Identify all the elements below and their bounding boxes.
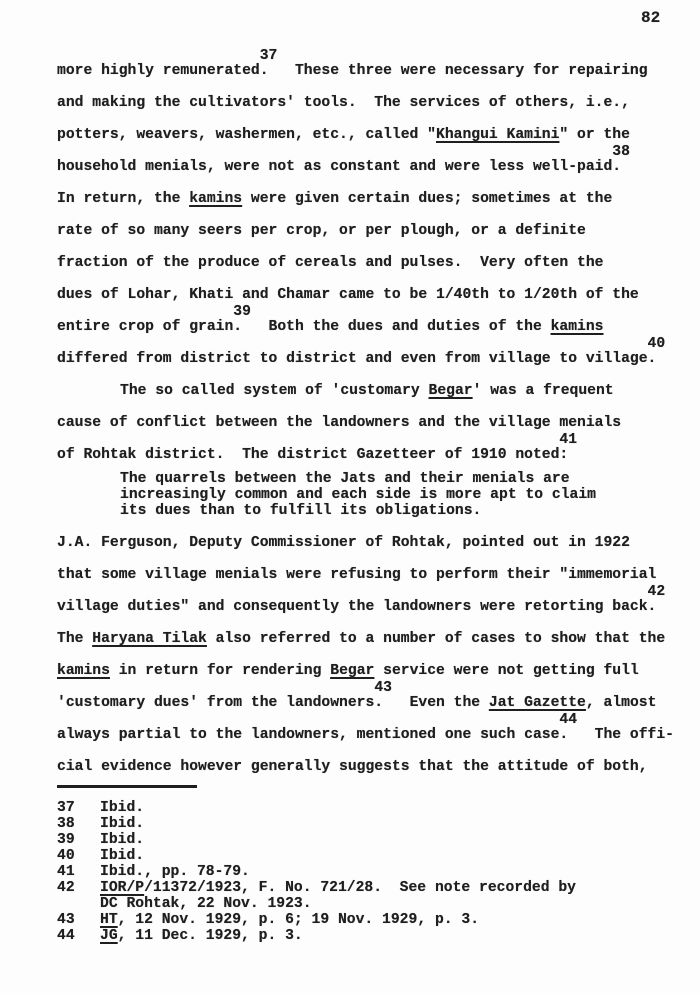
text-line: rate of so many seers per crop, or per p… bbox=[57, 215, 682, 247]
text-line: Ibid. bbox=[100, 848, 682, 864]
text-run: village duties" and consequently the lan… bbox=[57, 599, 656, 615]
text-line: of Rohtak district. The district Gazette… bbox=[57, 439, 682, 471]
footnote-text: Ibid. bbox=[100, 848, 682, 864]
text-line: entire crop of grain.39 Both the dues an… bbox=[57, 311, 682, 343]
text-line: DC Rohtak, 22 Nov. 1923. bbox=[100, 896, 682, 912]
footnote-text: Ibid. bbox=[100, 832, 682, 848]
text-run: Both the dues and duties of the bbox=[251, 319, 551, 335]
paragraph: J.A. Ferguson, Deputy Commissioner of Ro… bbox=[57, 527, 682, 783]
text-line: and making the cultivators' tools. The s… bbox=[57, 87, 682, 119]
text-line: fraction of the produce of cereals and p… bbox=[57, 247, 682, 279]
text-run: its dues than to fulfill its obligations… bbox=[120, 503, 481, 519]
text-run: differed from district to district and e… bbox=[57, 351, 656, 367]
text-run: Ibid. bbox=[100, 848, 144, 864]
footnote-rule bbox=[57, 785, 197, 788]
paragraph: more highly remunerated.37 These three w… bbox=[57, 55, 682, 375]
footnote: 43HT, 12 Nov. 1929, p. 6; 19 Nov. 1929, … bbox=[57, 912, 682, 928]
text-line: kamins in return for rendering Begar ser… bbox=[57, 655, 682, 687]
footnote-text: JG, 11 Dec. 1929, p. 3. bbox=[100, 928, 682, 944]
footnote: 39Ibid. bbox=[57, 832, 682, 848]
underlined-text: Haryana Tilak bbox=[92, 631, 207, 647]
text-run: ' was a frequent bbox=[473, 383, 614, 399]
text-line: Ibid. bbox=[100, 816, 682, 832]
text-line: dues of Lohar, Khati and Chamar came to … bbox=[57, 279, 682, 311]
text-line: differed from district to district and e… bbox=[57, 343, 682, 375]
text-run: cause of conflict between the landowners… bbox=[57, 415, 621, 431]
underlined-text: Khangui Kamini bbox=[436, 127, 559, 143]
text-run: potters, weavers, washermen, etc., calle… bbox=[57, 127, 436, 143]
text-run: In return, the bbox=[57, 191, 189, 207]
text-run: Ibid. bbox=[100, 832, 144, 848]
footnote: 40Ibid. bbox=[57, 848, 682, 864]
footnote-number: 44 bbox=[57, 928, 100, 944]
text-run: The offi- bbox=[577, 727, 674, 743]
page-body: more highly remunerated.37 These three w… bbox=[57, 55, 682, 783]
footnote-number: 42 bbox=[57, 880, 100, 912]
text-run: The so called system of 'customary bbox=[120, 383, 429, 399]
footnote: 38Ibid. bbox=[57, 816, 682, 832]
text-line: 'customary dues' from the landowners.43 … bbox=[57, 687, 682, 719]
text-run: 'customary dues' from the landowners. bbox=[57, 695, 383, 711]
underlined-text: HT bbox=[100, 912, 118, 928]
footnote: 44JG, 11 Dec. 1929, p. 3. bbox=[57, 928, 682, 944]
text-run: more highly remunerated. bbox=[57, 63, 269, 79]
text-run: The bbox=[57, 631, 92, 647]
text-line: The so called system of 'customary Begar… bbox=[57, 375, 682, 407]
text-run: and making the cultivators' tools. The s… bbox=[57, 95, 630, 111]
text-line: Ibid., pp. 78-79. bbox=[100, 864, 682, 880]
text-line: IOR/P/11372/1923, F. No. 721/28. See not… bbox=[100, 880, 682, 896]
text-line: its dues than to fulfill its obligations… bbox=[120, 503, 682, 519]
text-run: entire crop of grain. bbox=[57, 319, 242, 335]
text-run: Even the bbox=[392, 695, 489, 711]
text-run: Ibid. bbox=[100, 800, 144, 816]
text-line: The Haryana Tilak also referred to a num… bbox=[57, 623, 682, 655]
footnote-number: 38 bbox=[57, 816, 100, 832]
footnotes: 37Ibid.38Ibid.39Ibid.40Ibid.41Ibid., pp.… bbox=[57, 800, 682, 944]
text-run: cial evidence however generally suggests… bbox=[57, 759, 648, 775]
page-number: 82 bbox=[641, 8, 660, 28]
text-run: rate of so many seers per crop, or per p… bbox=[57, 223, 586, 239]
footnote: 42IOR/P/11372/1923, F. No. 721/28. See n… bbox=[57, 880, 682, 912]
text-line: that some village menials were refusing … bbox=[57, 559, 682, 591]
text-run: were given certain dues; sometimes at th… bbox=[242, 191, 612, 207]
text-run: The quarrels between the Jats and their … bbox=[120, 471, 570, 487]
text-run: Ibid., pp. 78-79. bbox=[100, 864, 250, 880]
text-line: cial evidence however generally suggests… bbox=[57, 751, 682, 783]
text-run: household menials, were not as constant … bbox=[57, 159, 621, 175]
block-quote: The quarrels between the Jats and their … bbox=[57, 471, 682, 519]
text-run: J.A. Ferguson, Deputy Commissioner of Ro… bbox=[57, 535, 630, 551]
text-run: DC Rohtak, 22 Nov. 1923. bbox=[100, 896, 312, 912]
footnote-text: Ibid., pp. 78-79. bbox=[100, 864, 682, 880]
text-run: in return for rendering bbox=[110, 663, 330, 679]
text-line: Ibid. bbox=[100, 832, 682, 848]
underlined-text: kamins bbox=[551, 319, 604, 335]
footnote-text: Ibid. bbox=[100, 800, 682, 816]
underlined-text: Begar bbox=[429, 383, 473, 399]
text-run: These three were necessary for repairing bbox=[277, 63, 647, 79]
footnote-text: Ibid. bbox=[100, 816, 682, 832]
footnote-number: 41 bbox=[57, 864, 100, 880]
text-run: always partial to the landowners, mentio… bbox=[57, 727, 568, 743]
underlined-text: JG bbox=[100, 928, 118, 944]
text-line: The quarrels between the Jats and their … bbox=[120, 471, 682, 487]
underlined-text: kamins bbox=[57, 663, 110, 679]
text-run: /11372/1923, F. No. 721/28. See note rec… bbox=[144, 880, 576, 896]
text-line: HT, 12 Nov. 1929, p. 6; 19 Nov. 1929, p.… bbox=[100, 912, 682, 928]
text-line: Ibid. bbox=[100, 800, 682, 816]
footnote: 37Ibid. bbox=[57, 800, 682, 816]
underlined-text: Jat Gazette bbox=[489, 695, 586, 711]
text-run: , 12 Nov. 1929, p. 6; 19 Nov. 1929, p. 3… bbox=[118, 912, 479, 928]
text-run: also referred to a number of cases to sh… bbox=[207, 631, 665, 647]
text-line: potters, weavers, washermen, etc., calle… bbox=[57, 119, 682, 151]
text-line: more highly remunerated.37 These three w… bbox=[57, 55, 682, 87]
text-run: Ibid. bbox=[100, 816, 144, 832]
underlined-text: IOR/P bbox=[100, 880, 144, 896]
text-run: " or the bbox=[559, 127, 630, 143]
footnote-text: IOR/P/11372/1923, F. No. 721/28. See not… bbox=[100, 880, 682, 912]
text-run: of Rohtak district. The district Gazette… bbox=[57, 447, 568, 463]
text-run: dues of Lohar, Khati and Chamar came to … bbox=[57, 287, 639, 303]
text-line: In return, the kamins were given certain… bbox=[57, 183, 682, 215]
text-run: service were not getting full bbox=[374, 663, 638, 679]
text-line: increasingly common and each side is mor… bbox=[120, 487, 682, 503]
footnote-text: HT, 12 Nov. 1929, p. 6; 19 Nov. 1929, p.… bbox=[100, 912, 682, 928]
paragraph: The so called system of 'customary Begar… bbox=[57, 375, 682, 471]
footnote-number: 39 bbox=[57, 832, 100, 848]
footnote-number: 40 bbox=[57, 848, 100, 864]
footnote: 41Ibid., pp. 78-79. bbox=[57, 864, 682, 880]
text-run: increasingly common and each side is mor… bbox=[120, 487, 596, 503]
document-page: 82 more highly remunerated.37 These thre… bbox=[0, 0, 700, 993]
text-run: that some village menials were refusing … bbox=[57, 567, 656, 583]
text-run: fraction of the produce of cereals and p… bbox=[57, 255, 603, 271]
underlined-text: kamins bbox=[189, 191, 242, 207]
text-line: household menials, were not as constant … bbox=[57, 151, 682, 183]
footnote-number: 37 bbox=[57, 800, 100, 816]
text-run: , almost bbox=[586, 695, 657, 711]
underlined-text: Begar bbox=[330, 663, 374, 679]
text-run: , 11 Dec. 1929, p. 3. bbox=[118, 928, 303, 944]
text-line: always partial to the landowners, mentio… bbox=[57, 719, 682, 751]
text-line: village duties" and consequently the lan… bbox=[57, 591, 682, 623]
text-line: J.A. Ferguson, Deputy Commissioner of Ro… bbox=[57, 527, 682, 559]
footnote-number: 43 bbox=[57, 912, 100, 928]
text-line: JG, 11 Dec. 1929, p. 3. bbox=[100, 928, 682, 944]
text-line: cause of conflict between the landowners… bbox=[57, 407, 682, 439]
